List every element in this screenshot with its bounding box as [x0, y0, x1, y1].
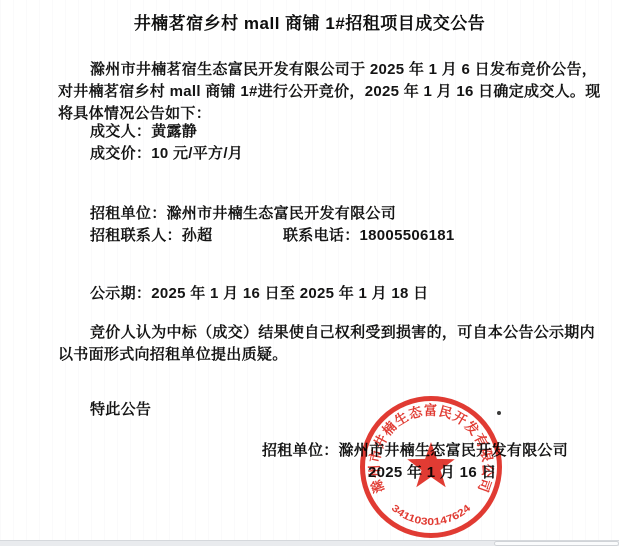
intro-line-1: 滁州市井楠茗宿生态富民开发有限公司于 2025 年 1 月 6 日发布竞价公告， — [90, 59, 597, 81]
horizontal-scrollbar-track[interactable] — [0, 540, 619, 546]
contact-person-line: 招租联系人：孙超 — [90, 225, 212, 247]
company-seal-stamp: 滁州市井楠生态富民开发有限公司 3411030147624 — [359, 395, 503, 539]
announcement-page: 井楠茗宿乡村 mall 商铺 1#招租项目成交公告 滁州市井楠茗宿生态富民开发有… — [0, 0, 619, 546]
contact-phone-line: 联系电话：18005506181 — [283, 225, 455, 247]
winner-line: 成交人：黄露静 — [90, 121, 197, 143]
seal-serial-number: 3411030147624 — [389, 503, 473, 528]
price-line: 成交价：10 元/平方/月 — [90, 143, 243, 165]
seal-star-icon — [407, 442, 455, 487]
objection-line-1: 竞价人认为中标（成交）结果使自己权利受到损害的，可自本公告公示期内 — [90, 322, 595, 344]
publicity-period-line: 公示期：2025 年 1 月 16 日至 2025 年 1 月 18 日 — [90, 283, 428, 305]
closing-line: 特此公告 — [90, 399, 151, 421]
landlord-line: 招租单位：滁州市井楠生态富民开发有限公司 — [90, 203, 396, 225]
objection-line-2: 以书面形式向招租单位提出质疑。 — [58, 344, 288, 366]
page-title: 井楠茗宿乡村 mall 商铺 1#招租项目成交公告 — [0, 9, 619, 34]
horizontal-scrollbar-thumb[interactable] — [494, 541, 619, 546]
svg-text:3411030147624: 3411030147624 — [389, 503, 473, 528]
intro-line-2: 对井楠茗宿乡村 mall 商铺 1#进行公开竞价，2025 年 1 月 16 日… — [58, 81, 601, 103]
